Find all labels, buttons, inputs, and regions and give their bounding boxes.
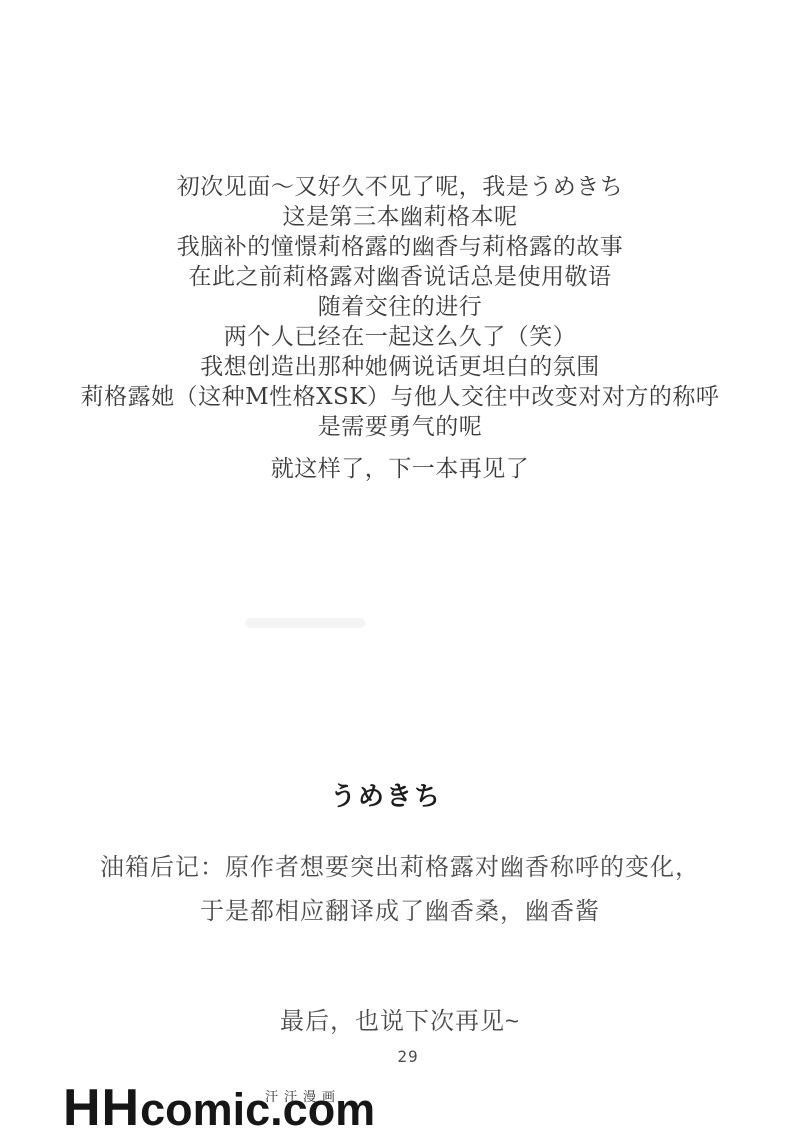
page-number: 29 (8, 1047, 800, 1066)
scan-artifact (245, 618, 365, 628)
afterword-line: 在此之前莉格露对幽香说话总是使用敬语 (0, 262, 800, 292)
afterword-text-block: 初次见面～又好久不见了呢，我是うめきち 这是第三本幽莉格本呢 我脑补的憧憬莉格露… (0, 172, 800, 484)
site-watermark: 汗汗漫画 HH comic.com (63, 1080, 375, 1137)
afterword-line: 我脑补的憧憬莉格露的幽香与莉格露的故事 (0, 232, 800, 262)
afterword-line: 莉格露她（这种M性格XSK）与他人交往中改变对对方的称呼 (0, 382, 800, 412)
afterword-line: 初次见面～又好久不见了呢，我是うめきち (0, 172, 800, 202)
author-signature: うめきち (0, 776, 772, 813)
manga-afterword-page: 初次见面～又好久不见了呢，我是うめきち 这是第三本幽莉格本呢 我脑补的憧憬莉格露… (0, 0, 800, 1147)
translator-closing-line: 最后，也说下次再见~ (0, 1001, 800, 1036)
watermark-site-prefix: HH (63, 1080, 140, 1137)
afterword-closing-line: 就这样了，下一本再见了 (0, 454, 800, 484)
afterword-line: 这是第三本幽莉格本呢 (0, 202, 800, 232)
afterword-line: 随着交往的进行 (0, 292, 800, 322)
watermark-chinese-name: 汗汗漫画 (265, 1086, 341, 1105)
afterword-line: 是需要勇气的呢 (0, 412, 800, 442)
translator-note-line-1: 油箱后记：原作者想要突出莉格露对幽香称呼的变化， (0, 847, 800, 882)
afterword-line: 我想创造出那种她俩说话更坦白的氛围 (0, 352, 800, 382)
translator-note-line-2: 于是都相应翻译成了幽香桑，幽香酱 (0, 891, 800, 926)
afterword-line: 两个人已经在一起这么久了（笑） (0, 322, 800, 352)
